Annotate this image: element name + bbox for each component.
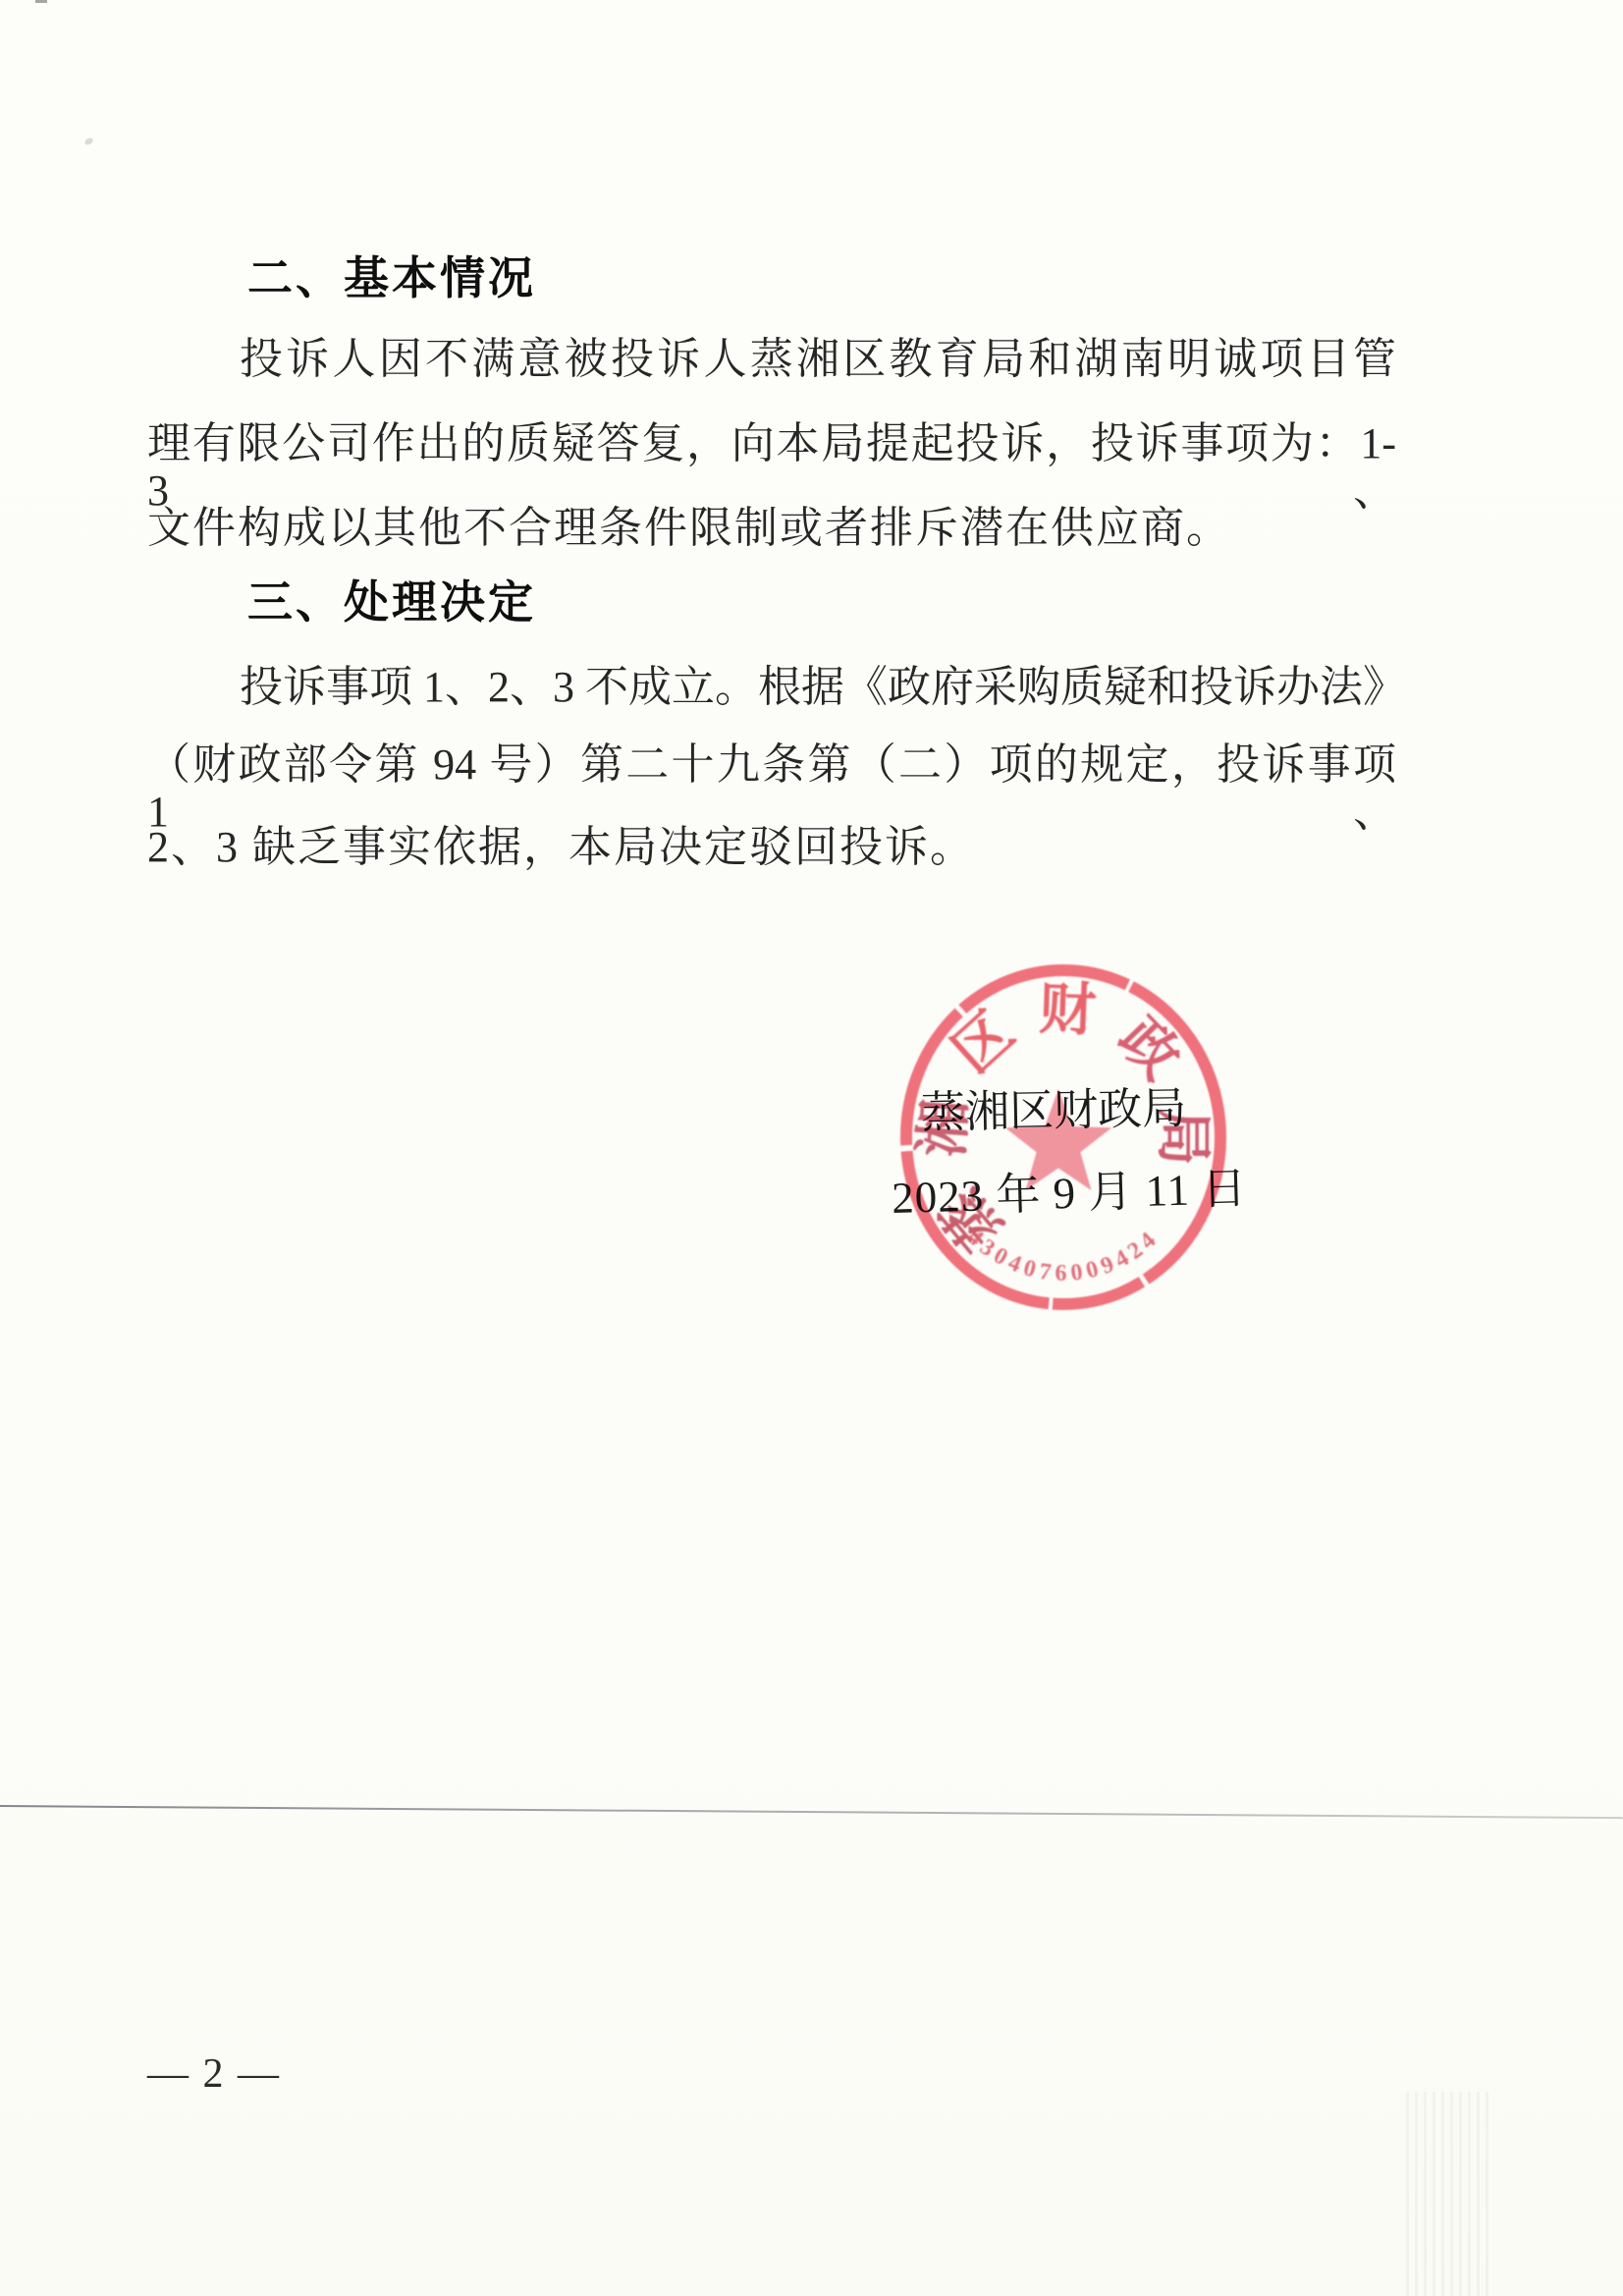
seal-star-icon	[1005, 1089, 1111, 1190]
scan-speck	[35, 0, 47, 3]
official-seal: 蒸 湘 区 财 政 局 4304076009424	[857, 921, 1270, 1353]
paper-edge-noise	[1406, 2092, 1494, 2296]
seal-char-ju: 局	[1152, 1109, 1216, 1166]
paragraph1-line2: 理有限公司作出的质疑答复，向本局提起投诉，投诉事项为：1-3、	[147, 420, 1396, 514]
paragraph2-line2: （财政部令第 94 号）第二十九条第（二）项的规定，投诉事项 1、	[147, 741, 1396, 835]
paragraph1-line3: 文件构成以其他不合理条件限制或者排斥潜在供应商。	[147, 505, 1396, 552]
fold-line-artifact	[0, 1805, 1623, 1819]
section-heading-decision: 三、处理决定	[247, 578, 536, 626]
paragraph2-line1: 投诉事项 1、2、3 不成立。根据《政府采购质疑和投诉办法》	[147, 664, 1396, 711]
scanned-document-page: 二、基本情况 投诉人因不满意被投诉人蒸湘区教育局和湖南明诚项目管 理有限公司作出…	[0, 0, 1623, 2296]
page-number: — 2 —	[147, 2050, 281, 2098]
paragraph2-line3: 2、3 缺乏事实依据，本局决定驳回投诉。	[147, 824, 1396, 871]
paragraph1-line1: 投诉人因不满意被投诉人蒸湘区教育局和湖南明诚项目管	[147, 336, 1396, 383]
seal-char-xiang: 湘	[910, 1098, 978, 1159]
section-heading-basic-info: 二、基本情况	[247, 254, 536, 301]
seal-char-cai: 财	[1038, 977, 1097, 1043]
scan-speck	[83, 137, 94, 146]
